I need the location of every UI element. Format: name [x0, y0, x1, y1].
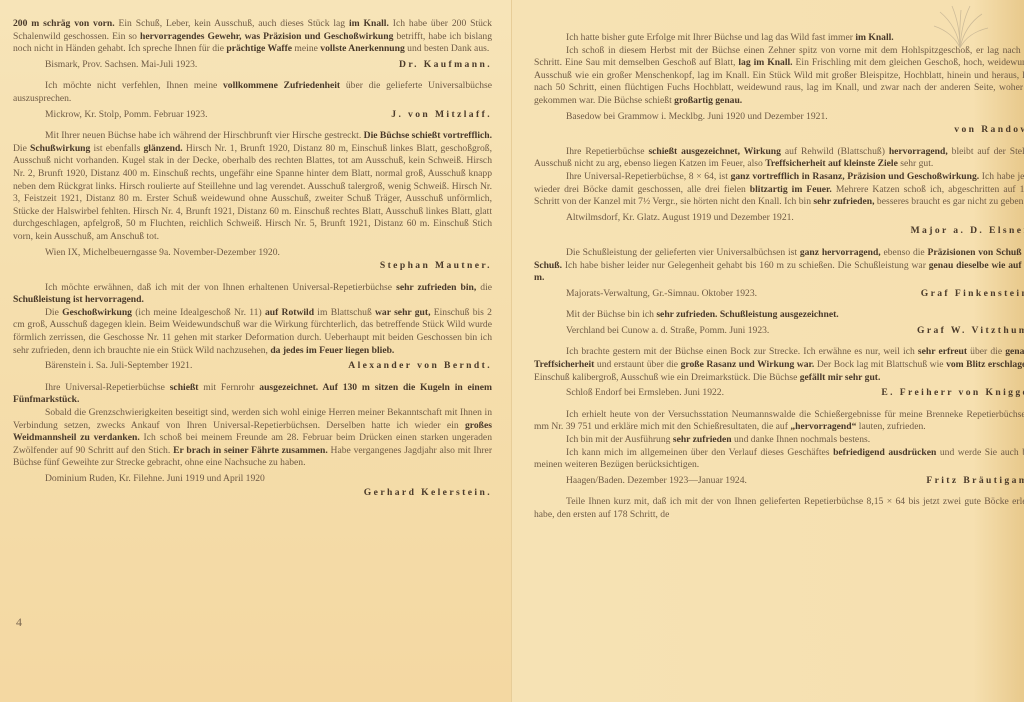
testimonial-separator [13, 273, 492, 282]
location-date: Bärenstein i. Sa. Juli-September 1921. [45, 360, 192, 373]
location-date-line: Haagen/Baden. Dezember 1923—Januar 1924.… [534, 475, 1024, 488]
emphasized-text: blitzartig im Feuer. [750, 184, 832, 195]
location-date: Schloß Endorf bei Ermsleben. Juni 1922. [566, 387, 724, 400]
testimonial-paragraph: Die Geschoßwirkung (ich meine Idealgesch… [13, 307, 492, 357]
emphasized-text: sehr zufrieden bin, [396, 282, 476, 293]
body-text: Ihre Repetierbüchse [566, 146, 648, 157]
body-text: besseres braucht es gar nicht zu geben. [875, 196, 1024, 207]
body-text: über die [967, 346, 1005, 357]
location-date-line: Mickrow, Kr. Stolp, Pomm. Februar 1923.J… [13, 109, 492, 122]
location-date-line: Dominium Ruden, Kr. Filehne. Juni 1919 u… [13, 473, 492, 486]
testimonial-separator [534, 238, 1024, 247]
testimonial: Ihre Repetierbüchse schießt ausgezeichne… [534, 146, 1024, 238]
body-text: meine [292, 43, 320, 54]
testimonial-paragraph: Ich bin mit der Ausführung sehr zufriede… [534, 434, 1024, 447]
location-date-line: Basedow bei Grammow i. Mecklbg. Juni 192… [534, 111, 1024, 124]
body-text: Teile Ihnen kurz mit, daß ich mit der vo… [534, 496, 1024, 520]
testimonial-paragraph: Ihre Universal-Repetierbüchse, 8 × 64, i… [534, 171, 1024, 209]
location-date: Verchland bei Cunow a. d. Straße, Pomm. … [566, 325, 769, 338]
emphasized-text: gefällt mir sehr gut. [800, 372, 881, 383]
body-text: Der Bock lag mit Blattschuß wie [814, 359, 946, 370]
signature: Graf W. Vitzthum. [917, 325, 1024, 338]
book-spread: 200 m schräg von vorn. Ein Schuß, Leber,… [0, 0, 1024, 702]
testimonial-separator [13, 71, 492, 80]
testimonial: Ich brachte gestern mit der Büchse einen… [534, 346, 1024, 399]
body-text: Ich habe bisher leider nur Gelegenheit g… [562, 260, 929, 271]
emphasized-text: vollste Anerkennung [320, 43, 405, 54]
signature: Major a. D. Elsner. [534, 225, 1024, 238]
testimonial: Ihre Universal-Repetierbüchse schießt mi… [13, 382, 492, 499]
testimonial-separator [534, 487, 1024, 496]
testimonial: Mit der Büchse bin ich sehr zufrieden. S… [534, 309, 1024, 337]
location-date: Bismark, Prov. Sachsen. Mai-Juli 1923. [45, 59, 197, 72]
signature: Gerhard Kelerstein. [13, 487, 492, 500]
testimonial-paragraph: Mit der Büchse bin ich sehr zufrieden. S… [534, 309, 1024, 322]
body-text: Ich erhielt heute von der Versuchsstatio… [534, 409, 1024, 433]
testimonial-paragraph: Mit Ihrer neuen Büchse habe ich während … [13, 130, 492, 243]
emphasized-text: hervorragendes Gewehr, was Präzision und… [140, 31, 393, 42]
emphasized-text: ganz hervorragend, [800, 247, 881, 258]
body-text: Mit Ihrer neuen Büchse habe ich während … [45, 130, 364, 141]
testimonial-paragraph: Teile Ihnen kurz mit, daß ich mit der vo… [534, 496, 1024, 521]
testimonial: Ich möchte nicht verfehlen, Ihnen meine … [13, 80, 492, 121]
emphasized-text: vom Blitz erschlagen. [946, 359, 1024, 370]
emphasized-text: 200 m schräg von vorn. [13, 18, 115, 29]
body-text: und erstaunt über die [594, 359, 680, 370]
emphasized-text: Geschoßwirkung [62, 307, 132, 318]
testimonial-separator [534, 400, 1024, 409]
emphasized-text: sehr erfreut [918, 346, 967, 357]
body-text: und besten Dank aus. [405, 43, 489, 54]
body-text: ist ebenfalls [90, 143, 143, 154]
testimonial: Ich erhielt heute von der Versuchsstatio… [534, 409, 1024, 488]
location-date: Altwilmsdorf, Kr. Glatz. August 1919 und… [566, 212, 794, 225]
testimonial-paragraph: Ich erhielt heute von der Versuchsstatio… [534, 409, 1024, 434]
location-date-line: Wien IX, Michelbeuerngasse 9a. November-… [13, 247, 492, 260]
location-date-line: Verchland bei Cunow a. d. Straße, Pomm. … [534, 325, 1024, 338]
library-stamp-icon [930, 4, 990, 50]
body-text: Einschuß kalibergroß, Ausschuß wie ein D… [534, 372, 800, 383]
body-text: Die Schußleistung der gelieferten vier U… [566, 247, 800, 258]
location-date: Haagen/Baden. Dezember 1923—Januar 1924. [566, 475, 747, 488]
testimonial: 200 m schräg von vorn. Ein Schuß, Leber,… [13, 18, 492, 71]
testimonial: Ich möchte erwähnen, daß ich mit der von… [13, 282, 492, 373]
location-date: Mickrow, Kr. Stolp, Pomm. Februar 1923. [45, 109, 207, 122]
body-text: Ich brachte gestern mit der Büchse einen… [566, 346, 918, 357]
testimonial-paragraph: Die Schußleistung der gelieferten vier U… [534, 247, 1024, 285]
emphasized-text: „hervorragend“ [790, 421, 856, 432]
testimonial: Die Schußleistung der gelieferten vier U… [534, 247, 1024, 300]
testimonial-paragraph: 200 m schräg von vorn. Ein Schuß, Leber,… [13, 18, 492, 56]
body-text: und danke Ihnen nochmals bestens. [732, 434, 871, 445]
body-text: (ich meine Idealgeschoß Nr. 11) [132, 307, 265, 318]
testimonial-separator [534, 137, 1024, 146]
signature: Stephan Mautner. [13, 260, 492, 273]
body-text: sehr gut. [898, 158, 933, 169]
location-date: Wien IX, Michelbeuerngasse 9a. November-… [45, 247, 280, 260]
body-text: Ich möchte nicht verfehlen, Ihnen meine [45, 80, 223, 91]
body-text: ebenso die [881, 247, 928, 258]
location-date-line: Bismark, Prov. Sachsen. Mai-Juli 1923.Dr… [13, 59, 492, 72]
testimonial-separator [13, 373, 492, 382]
emphasized-text: ganz vortrefflich in Rasanz, Präzision u… [731, 171, 980, 182]
right-page: Ich hatte bisher gute Erfolge mit Ihrer … [512, 0, 1024, 702]
emphasized-text: schießt ausgezeichnet, Wirkung [648, 146, 781, 157]
right-column: Ich hatte bisher gute Erfolge mit Ihrer … [534, 32, 1024, 522]
testimonial-paragraph: Ihre Repetierbüchse schießt ausgezeichne… [534, 146, 1024, 171]
location-date-line: Majorats-Verwaltung, Gr.-Simnau. Oktober… [534, 288, 1024, 301]
location-date: Basedow bei Grammow i. Mecklbg. Juni 192… [566, 111, 828, 124]
signature: von Randow. [534, 124, 1024, 137]
testimonial-separator [534, 337, 1024, 346]
left-column: 200 m schräg von vorn. Ein Schuß, Leber,… [13, 18, 492, 499]
testimonial-paragraph: Sobald die Grenzschwierigkeiten beseitig… [13, 407, 492, 470]
emphasized-text: prächtige Waffe [226, 43, 292, 54]
body-text: Ein Schuß, Leber, kein Ausschuß, auch di… [115, 18, 349, 29]
body-text: lauten, zufrieden. [856, 421, 925, 432]
body-text: Mit der Büchse bin ich [566, 309, 656, 320]
body-text: Ich bin mit der Ausführung [566, 434, 673, 445]
body-text: Ihre Universal-Repetierbüchse [45, 382, 170, 393]
body-text: Ich möchte erwähnen, daß ich mit der von… [45, 282, 396, 293]
emphasized-text: glänzend. [144, 143, 183, 154]
testimonial-paragraph: Ich kann mich im allgemeinen über den Ve… [534, 447, 1024, 472]
body-text: Die [45, 307, 62, 318]
location-date: Dominium Ruden, Kr. Filehne. Juni 1919 u… [45, 473, 265, 486]
body-text: die [476, 282, 492, 293]
testimonial: Teile Ihnen kurz mit, daß ich mit der vo… [534, 496, 1024, 521]
location-date-line: Bärenstein i. Sa. Juli-September 1921.Al… [13, 360, 492, 373]
body-text: Hirsch Nr. 1, Brunft 1920, Distanz 80 m,… [13, 143, 492, 242]
testimonial-paragraph: Ihre Universal-Repetierbüchse schießt mi… [13, 382, 492, 407]
emphasized-text: Die Büchse schießt vortrefflich. [364, 130, 492, 141]
testimonial-paragraph: Ich möchte erwähnen, daß ich mit der von… [13, 282, 492, 307]
location-date-line: Schloß Endorf bei Ermsleben. Juni 1922.E… [534, 387, 1024, 400]
emphasized-text: auf Rotwild [265, 307, 314, 318]
emphasized-text: großartig genau. [674, 95, 742, 106]
emphasized-text: sehr zufrieden, [813, 196, 874, 207]
emphasized-text: Treffsicherheit auf kleinste Ziele [765, 158, 898, 169]
page-number: 4 [16, 615, 22, 630]
testimonial-paragraph: Ich schoß in diesem Herbst mit der Büchs… [534, 45, 1024, 108]
location-date-line: Altwilmsdorf, Kr. Glatz. August 1919 und… [534, 212, 1024, 225]
body-text: im Blattschuß [314, 307, 375, 318]
emphasized-text: sehr zufrieden. Schußleistung ausgezeich… [656, 309, 838, 320]
emphasized-text: da jedes im Feuer liegen blieb. [270, 345, 394, 356]
emphasized-text: war sehr gut, [375, 307, 430, 318]
body-text: Sobald die Grenzschwierigkeiten beseitig… [13, 407, 492, 431]
emphasized-text: Schußwirkung [30, 143, 90, 154]
emphasized-text: hervorragend, [889, 146, 948, 157]
signature: E. Freiherr von Knigge. [881, 387, 1024, 400]
emphasized-text: befriedigend ausdrücken [833, 447, 936, 458]
signature: Alexander von Berndt. [348, 360, 492, 373]
body-text: Ich kann mich im allgemeinen über den Ve… [566, 447, 833, 458]
emphasized-text: lag im Knall. [738, 57, 792, 68]
location-date: Majorats-Verwaltung, Gr.-Simnau. Oktober… [566, 288, 757, 301]
emphasized-text: im Knall. [349, 18, 389, 29]
testimonial-paragraph: Ich brachte gestern mit der Büchse einen… [534, 346, 1024, 384]
body-text: mit Fernrohr [198, 382, 259, 393]
signature: Fritz Bräutigam. [926, 475, 1024, 488]
body-text: Ich hatte bisher gute Erfolge mit Ihrer … [566, 32, 855, 43]
emphasized-text: große Rasanz und Wirkung war. [681, 359, 815, 370]
signature: J. von Mitzlaff. [391, 109, 492, 122]
emphasized-text: sehr zufrieden [673, 434, 732, 445]
emphasized-text: Schußleistung ist hervorragend. [13, 294, 144, 305]
emphasized-text: vollkommene Zufriedenheit [223, 80, 340, 91]
signature: Dr. Kaufmann. [399, 59, 492, 72]
emphasized-text: schießt [170, 382, 199, 393]
testimonial-separator [534, 300, 1024, 309]
testimonial-paragraph: Ich möchte nicht verfehlen, Ihnen meine … [13, 80, 492, 105]
emphasized-text: im Knall. [855, 32, 893, 43]
testimonial-separator [13, 121, 492, 130]
signature: Graf Finkenstein. [921, 288, 1024, 301]
body-text: Ihre Universal-Repetierbüchse, 8 × 64, i… [566, 171, 731, 182]
left-page: 200 m schräg von vorn. Ein Schuß, Leber,… [0, 0, 512, 702]
emphasized-text: Er brach in seiner Fährte zusammen. [173, 445, 328, 456]
body-text: auf Rehwild (Blattschuß) [781, 146, 889, 157]
body-text: Die [13, 143, 30, 154]
testimonial: Mit Ihrer neuen Büchse habe ich während … [13, 130, 492, 273]
